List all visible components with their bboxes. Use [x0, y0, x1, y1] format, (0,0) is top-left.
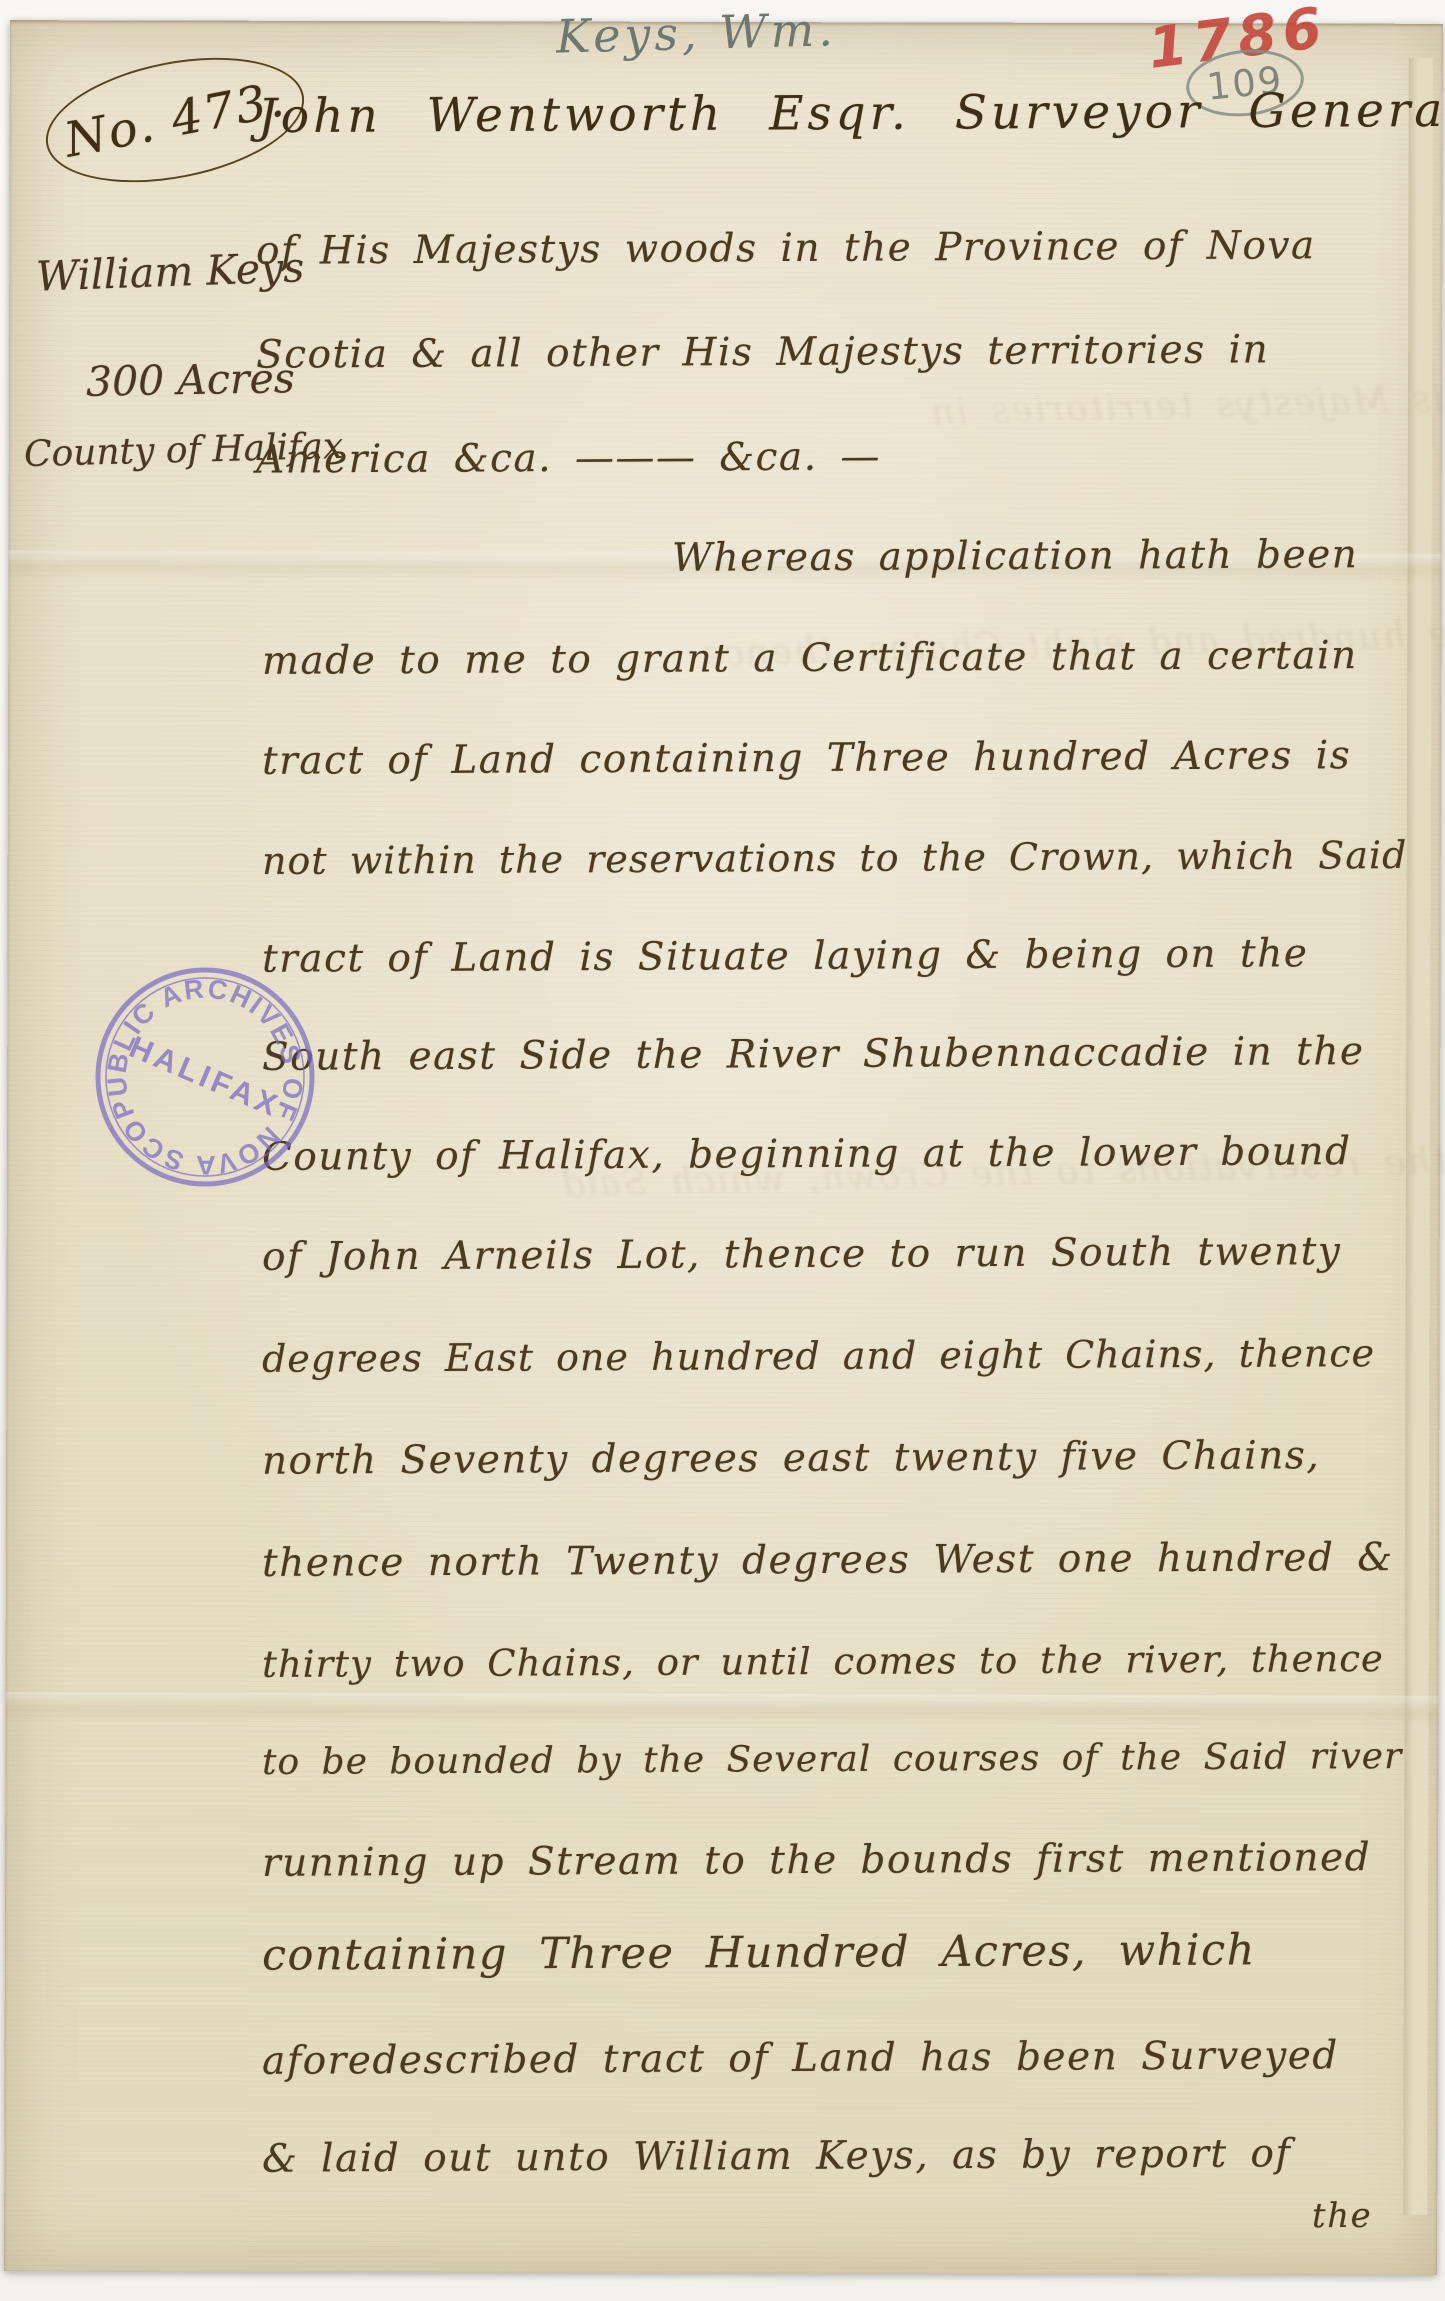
manuscript-line: degrees East one hundred and eight Chain… — [262, 1331, 1375, 1382]
manuscript-line: running up Stream to the bounds first me… — [262, 1835, 1371, 1888]
manuscript-line: South east Side the River Shubennaccadie… — [262, 1029, 1365, 1082]
manuscript-line: John Wentworth Esqr. Surveyor General — [258, 83, 1445, 146]
manuscript-line: Whereas application hath been — [672, 532, 1359, 582]
archives-stamp: PUBLIC ARCHIVES OF NOVA SCOTIA HALIFAX — [76, 948, 334, 1206]
manuscript-line: thence north Twenty degrees West one hun… — [262, 1535, 1394, 1588]
pencil-annotation-name: Keys, Wm. — [555, 2, 837, 63]
ink-showthrough: Scotia & all other His Majestys territor… — [930, 368, 1445, 434]
manuscript-line: & laid out unto William Keys, as by repo… — [262, 2131, 1292, 2183]
document-number-text: No. 473. — [60, 71, 290, 169]
manuscript-content: Keys, Wm. 1786 109 No. 473. William Keys… — [0, 0, 1445, 2301]
manuscript-line: tract of Land is Situate laying & being … — [262, 931, 1309, 983]
manuscript-line: County of Halifax, beginning at the lowe… — [262, 1129, 1352, 1182]
manuscript-line: Scotia & all other His Majestys territor… — [256, 327, 1269, 379]
manuscript-line: of John Arneils Lot, thence to run South… — [262, 1229, 1342, 1281]
stamp-center-text: HALIFAX — [124, 1029, 286, 1124]
manuscript-line: thirty two Chains, or until comes to the… — [262, 1637, 1384, 1687]
manuscript-line: made to me to grant a Certificate that a… — [262, 633, 1358, 686]
manuscript-line: north Seventy degrees east twenty five C… — [262, 1433, 1320, 1485]
manuscript-line: aforedescribed tract of Land has been Su… — [262, 2033, 1339, 2085]
manuscript-line: of His Majestys woods in the Province of… — [256, 223, 1316, 275]
manuscript-line: the — [1312, 2196, 1372, 2237]
manuscript-line: tract of Land containing Three hundred A… — [262, 733, 1351, 785]
manuscript-line: not within the reservations to the Crown… — [262, 833, 1408, 885]
manuscript-line: America &ca. ——— &ca. — — [256, 434, 881, 484]
manuscript-line: containing Three Hundred Acres, which — [262, 1925, 1256, 1982]
document-scan: Keys, Wm. 1786 109 No. 473. William Keys… — [0, 0, 1445, 2301]
manuscript-line: to be bounded by the Several courses of … — [262, 1735, 1402, 1784]
